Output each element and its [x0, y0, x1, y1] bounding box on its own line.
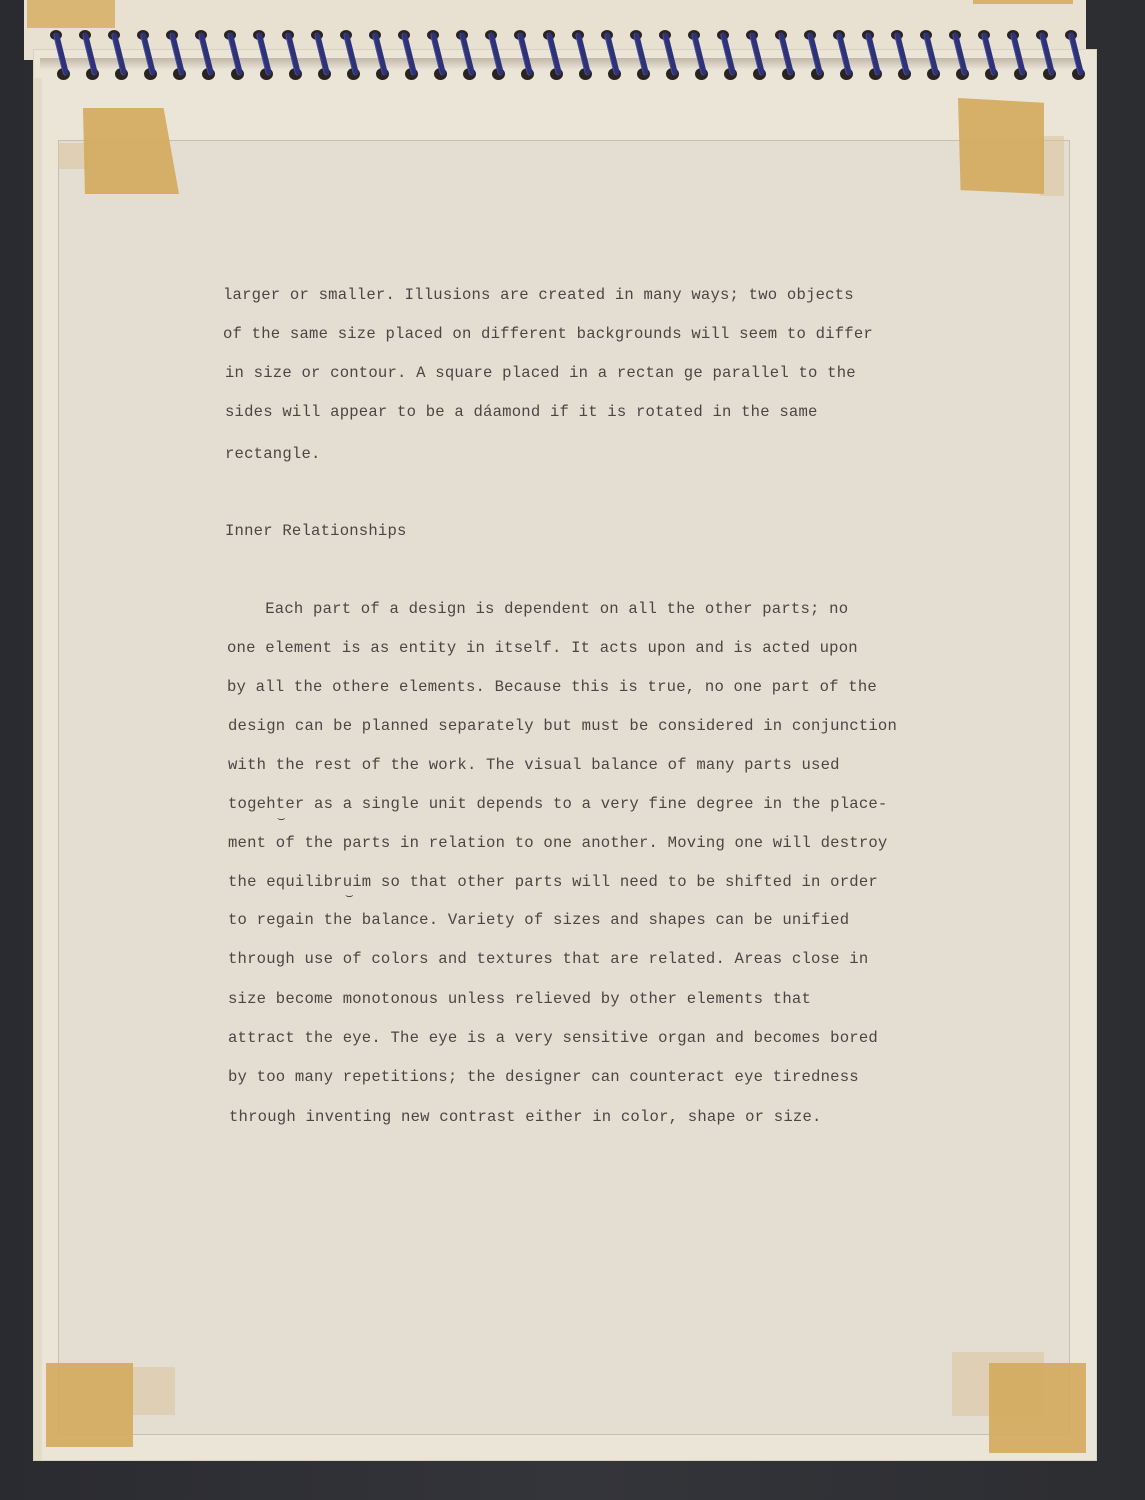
- spiral-wire-icon: [865, 32, 881, 76]
- spiral-ring: [657, 30, 679, 82]
- spiral-wire-icon: [720, 32, 736, 76]
- spiral-ring: [483, 30, 505, 82]
- tape-piece: [130, 1367, 175, 1415]
- spiral-ring: [77, 30, 99, 82]
- spiral-wire-icon: [169, 32, 185, 76]
- spiral-ring: [222, 30, 244, 82]
- spiral-ring: [715, 30, 737, 82]
- spiral-ring: [280, 30, 302, 82]
- text-line: with the rest of the work. The visual ba…: [228, 756, 840, 774]
- spiral-ring: [425, 30, 447, 82]
- text-line: through inventing new contrast either in…: [229, 1108, 822, 1126]
- tape-piece: [973, 0, 1073, 4]
- spiral-ring: [918, 30, 940, 82]
- spiral-wire-icon: [1010, 32, 1026, 76]
- tape-corner-bottom-right: [989, 1363, 1086, 1453]
- tape-piece: [27, 0, 115, 28]
- spiral-ring: [802, 30, 824, 82]
- proofreading-mark: ‿: [346, 885, 353, 899]
- tape-piece: [58, 143, 88, 169]
- text-line: by too many repetitions; the designer ca…: [228, 1068, 859, 1086]
- spiral-ring: [686, 30, 708, 82]
- spiral-wire-icon: [82, 32, 98, 76]
- spiral-wire-icon: [401, 32, 417, 76]
- spiral-wire-icon: [140, 32, 156, 76]
- spiral-ring: [1034, 30, 1056, 82]
- tape-corner-bottom-left: [46, 1363, 133, 1447]
- spiral-ring: [396, 30, 418, 82]
- spiral-wire-icon: [981, 32, 997, 76]
- spiral-ring: [889, 30, 911, 82]
- spiral-ring: [454, 30, 476, 82]
- text-line: to regain the balance. Variety of sizes …: [228, 911, 849, 929]
- spiral-ring: [541, 30, 563, 82]
- section-heading: Inner Relationships: [225, 522, 407, 540]
- text-line: attract the eye. The eye is a very sensi…: [228, 1029, 878, 1047]
- paragraph-2: Each part of a design is dependent on al…: [0, 0, 19, 270]
- text-line: of the same size placed on different bac…: [223, 325, 873, 343]
- spiral-wire-icon: [778, 32, 794, 76]
- spiral-wire-icon: [749, 32, 765, 76]
- spiral-wire-icon: [517, 32, 533, 76]
- text-line: design can be planned separately but mus…: [228, 717, 897, 735]
- spiral-wire-icon: [662, 32, 678, 76]
- spiral-wire-icon: [691, 32, 707, 76]
- text-line: through use of colors and textures that …: [228, 950, 868, 968]
- spiral-ring: [193, 30, 215, 82]
- spiral-ring: [1063, 30, 1085, 82]
- spiral-ring: [164, 30, 186, 82]
- spiral-wire-icon: [633, 32, 649, 76]
- text-line: ment of the parts in relation to one ano…: [228, 834, 888, 852]
- spiral-ring: [570, 30, 592, 82]
- text-line: rectangle.: [225, 445, 321, 463]
- spiral-wire-icon: [227, 32, 243, 76]
- spiral-ring: [976, 30, 998, 82]
- page-edge: [34, 78, 42, 1460]
- spiral-wire-icon: [372, 32, 388, 76]
- spiral-wire-icon: [923, 32, 939, 76]
- spiral-ring: [251, 30, 273, 82]
- spiral-binding: [40, 26, 1080, 86]
- spiral-ring: [947, 30, 969, 82]
- spiral-ring: [512, 30, 534, 82]
- spiral-wire-icon: [604, 32, 620, 76]
- spiral-wire-icon: [952, 32, 968, 76]
- spiral-ring: [628, 30, 650, 82]
- spiral-wire-icon: [285, 32, 301, 76]
- spiral-wire-icon: [1039, 32, 1055, 76]
- spiral-wire-icon: [459, 32, 475, 76]
- text-line: in size or contour. A square placed in a…: [225, 364, 856, 382]
- spiral-wire-icon: [111, 32, 127, 76]
- tape-corner-top-left: [83, 108, 179, 194]
- spiral-wire-icon: [198, 32, 214, 76]
- spiral-wire-icon: [314, 32, 330, 76]
- spiral-ring: [773, 30, 795, 82]
- spiral-wire-icon: [575, 32, 591, 76]
- text-line: togehter as a single unit depends to a v…: [228, 795, 888, 813]
- text-line: the equilibruim so that other parts will…: [228, 873, 878, 891]
- proofreading-mark: ‿: [278, 808, 285, 822]
- spiral-ring: [599, 30, 621, 82]
- spiral-wire-icon: [53, 32, 69, 76]
- spiral-ring: [309, 30, 331, 82]
- tape-corner-top-right: [958, 98, 1044, 194]
- spiral-ring: [1005, 30, 1027, 82]
- spiral-ring: [338, 30, 360, 82]
- spiral-wire-icon: [836, 32, 852, 76]
- spiral-ring: [48, 30, 70, 82]
- text-line: one element is as entity in itself. It a…: [227, 639, 858, 657]
- spiral-wire-icon: [894, 32, 910, 76]
- spiral-ring: [860, 30, 882, 82]
- spiral-ring: [367, 30, 389, 82]
- spiral-ring: [831, 30, 853, 82]
- spiral-wire-icon: [1068, 32, 1084, 76]
- spiral-wire-icon: [546, 32, 562, 76]
- spiral-wire-icon: [488, 32, 504, 76]
- spiral-ring: [106, 30, 128, 82]
- spiral-wire-icon: [343, 32, 359, 76]
- text-line: Each part of a design is dependent on al…: [227, 600, 848, 618]
- text-line: size become monotonous unless relieved b…: [228, 990, 811, 1008]
- text-line: larger or smaller. Illusions are created…: [223, 286, 854, 304]
- spiral-wire-icon: [256, 32, 272, 76]
- spiral-wire-icon: [430, 32, 446, 76]
- spiral-wire-icon: [807, 32, 823, 76]
- text-line: by all the othere elements. Because this…: [227, 678, 877, 696]
- spiral-ring: [744, 30, 766, 82]
- spiral-ring: [135, 30, 157, 82]
- text-line: sides will appear to be a dáamond if it …: [225, 403, 818, 421]
